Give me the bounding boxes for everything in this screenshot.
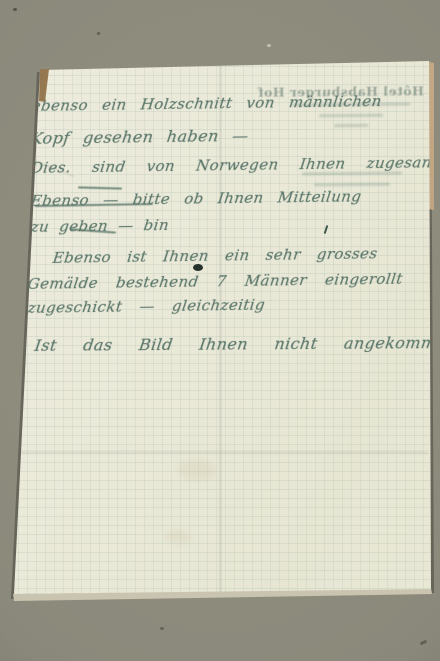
paper-stain	[178, 460, 216, 480]
paper-stain	[165, 530, 191, 544]
ink-underline	[78, 186, 122, 189]
backdrop-speck	[13, 8, 17, 11]
manuscript-line: zu geben — bin	[30, 216, 170, 236]
backdrop-speck	[160, 627, 164, 630]
backdrop-speck	[97, 32, 100, 35]
manuscript-line: Ist das Bild Ihnen nicht angekommen?	[33, 333, 440, 355]
manuscript-line: Ebenso ist Ihnen ein sehr grosses	[52, 244, 379, 267]
backdrop-speck	[420, 640, 428, 646]
horizontal-crease	[16, 451, 428, 453]
ink-tick-mark	[324, 225, 329, 234]
manuscript-page: Hôtel Habsburger Hof ebenso ein Holzschn…	[0, 0, 440, 661]
manuscript-line: Gemälde bestehend 7 Männer eingerollt	[27, 270, 404, 293]
manuscript-line: Kopf gesehen haben —	[30, 126, 250, 148]
manuscript-line: zugeschickt — gleichzeitig	[27, 296, 266, 317]
letterhead-illegible-line	[314, 183, 390, 187]
manuscript-line: Ebenso — bitte ob Ihnen Mitteilung	[30, 187, 363, 210]
ink-blot	[193, 264, 203, 271]
backdrop-speck	[267, 44, 271, 47]
letterhead-illegible-line	[319, 114, 383, 118]
photo-backdrop: Hôtel Habsburger Hof ebenso ein Holzschn…	[0, 0, 440, 661]
letterhead-illegible-line	[334, 124, 368, 127]
